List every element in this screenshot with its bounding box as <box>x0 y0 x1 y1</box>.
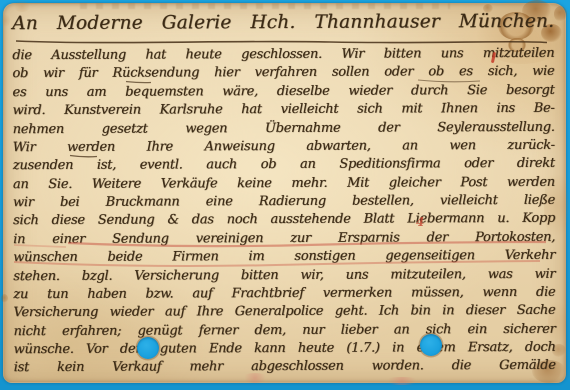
handwriting-line: zu tun haben bzw. auf Frachtbrief vermer… <box>13 284 555 305</box>
red-numeral-mark: 4 <box>416 215 424 229</box>
handwriting-line: stehen. bzgl. Versicherung bitten wir, u… <box>13 265 555 286</box>
handwriting-line: ist kein Verkauf mehr abgeschlossen word… <box>14 357 556 378</box>
handwriting-line: Versicherung wieder auf Ihre Generalpoli… <box>13 302 555 323</box>
punch-hole-right <box>420 334 442 356</box>
handwriting-line: wir bei Bruckmann eine Radierung bestell… <box>13 192 555 213</box>
handwriting-line: Wir werden Ihre Anweisung abwarten, an w… <box>13 137 555 158</box>
handwriting-line: es uns am bequemsten wäre, dieselbe wied… <box>12 82 554 103</box>
handwriting-line: wünschen beide Firmen im sonstigen gegen… <box>13 247 555 268</box>
handwriting-line: in einer Sendung vereinigen zur Ersparni… <box>13 229 555 250</box>
handwriting-line: an Sie. Weitere Verkäufe keine mehr. Mit… <box>13 173 555 194</box>
scanned-postcard-view: An Moderne Galerie Hch. Thannhauser Münc… <box>0 0 570 390</box>
handwriting-line: die Ausstellung hat heute geschlossen. W… <box>12 45 554 66</box>
handwriting-line: nehmen gesetzt wegen Übernahme der Seyle… <box>13 118 555 139</box>
handwriting-line: wird. Kunstverein Karlsruhe hat vielleic… <box>13 100 555 121</box>
punch-hole-left <box>137 337 159 359</box>
handwriting-line: sich diese Sendung & das noch ausstehend… <box>13 210 555 231</box>
message-body: die Ausstellung hat heute geschlossen. W… <box>12 45 555 378</box>
handwriting-line: zusenden ist, eventl. auch ob an Spediti… <box>13 155 555 176</box>
handwriting-layer: An Moderne Galerie Hch. Thannhauser Münc… <box>12 11 556 385</box>
handwriting-line: wünsche. Vor dem guten Ende kann heute (… <box>14 339 556 360</box>
handwriting-line: nicht erfahren; genügt ferner dem, nur l… <box>14 320 556 341</box>
handwriting-line: ob wir für Rücksendung hier verfahren so… <box>12 63 554 84</box>
address-line: An Moderne Galerie Hch. Thannhauser Münc… <box>12 11 554 42</box>
